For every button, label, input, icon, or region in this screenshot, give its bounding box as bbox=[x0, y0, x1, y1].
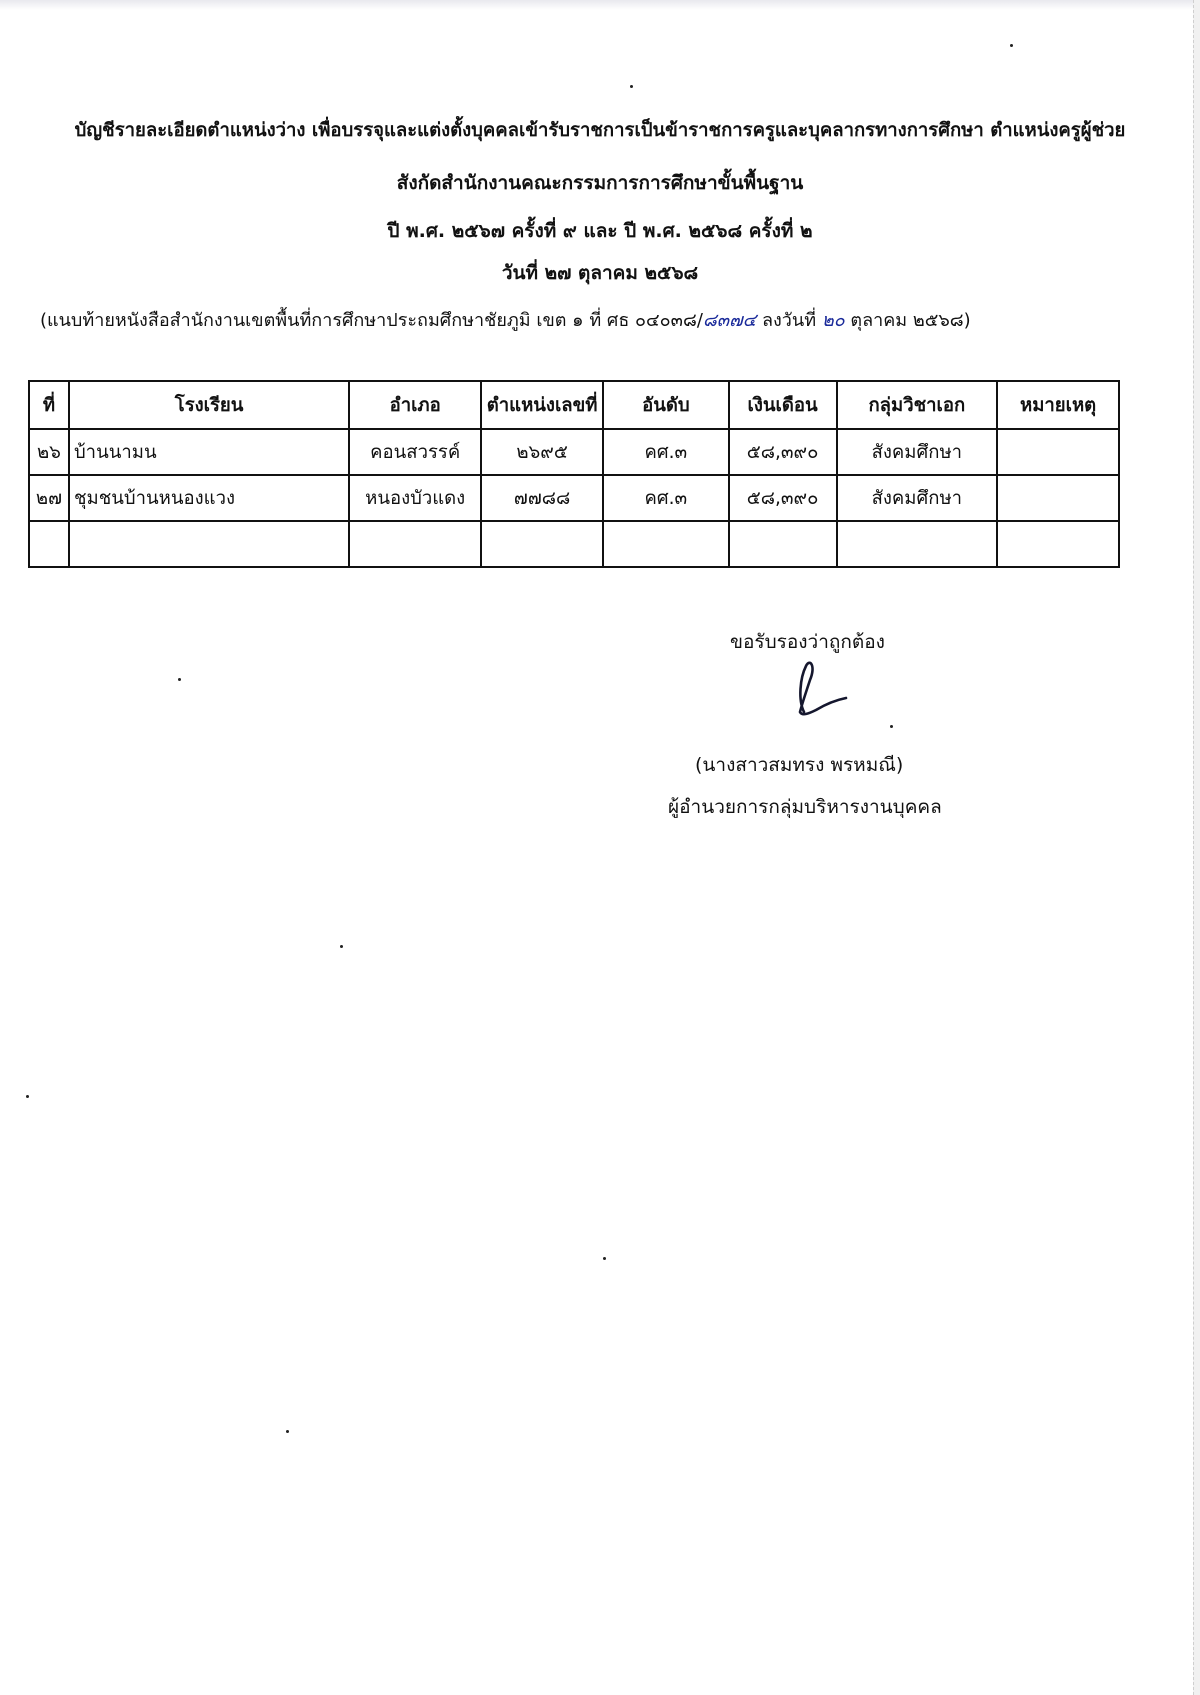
table-row-empty bbox=[29, 521, 1119, 567]
cell-district bbox=[349, 521, 481, 567]
cell-note bbox=[997, 475, 1119, 521]
scan-speck bbox=[1010, 44, 1013, 47]
scan-edge-top bbox=[0, 0, 1200, 10]
cell-salary: ๕๘,๓๙๐ bbox=[729, 429, 837, 475]
cell-salary: ๕๘,๓๙๐ bbox=[729, 475, 837, 521]
cell-district: หนองบัวแดง bbox=[349, 475, 481, 521]
scan-speck bbox=[630, 85, 633, 88]
reference-middle: ลงวันที่ bbox=[756, 310, 822, 331]
cell-note bbox=[997, 429, 1119, 475]
cell-district: คอนสวรรค์ bbox=[349, 429, 481, 475]
cell-major bbox=[837, 521, 998, 567]
cell-rank bbox=[603, 521, 729, 567]
scan-speck bbox=[178, 678, 181, 681]
signer-title: ผู้อำนวยการกลุ่มบริหารงานบุคคล bbox=[668, 792, 942, 822]
cell-no: ๒๖ bbox=[29, 429, 69, 475]
document-subtitle-round: ปี พ.ศ. ๒๕๖๗ ครั้งที่ ๙ และ ปี พ.ศ. ๒๕๖๘… bbox=[0, 216, 1200, 246]
cell-rank: คศ.๓ bbox=[603, 429, 729, 475]
header-district: อำเภอ bbox=[349, 381, 481, 429]
handwritten-day: ๒๐ bbox=[822, 310, 845, 331]
scan-speck bbox=[26, 1095, 29, 1098]
header-school: โรงเรียน bbox=[69, 381, 349, 429]
table-header-row: ที่ โรงเรียน อำเภอ ตำแหน่งเลขที่ อันดับ … bbox=[29, 381, 1119, 429]
cell-position-no: ๒๖๙๕ bbox=[481, 429, 603, 475]
cell-position-no: ๗๗๘๘ bbox=[481, 475, 603, 521]
cell-school: บ้านนามน bbox=[69, 429, 349, 475]
scan-speck bbox=[286, 1430, 289, 1433]
cell-rank: คศ.๓ bbox=[603, 475, 729, 521]
certification-statement: ขอรับรองว่าถูกต้อง bbox=[730, 627, 885, 657]
table-row: ๒๖ บ้านนามน คอนสวรรค์ ๒๖๙๕ คศ.๓ ๕๘,๓๙๐ ส… bbox=[29, 429, 1119, 475]
reference-line: (แนบท้ายหนังสือสำนักงานเขตพื้นที่การศึกษ… bbox=[40, 305, 971, 334]
header-major: กลุ่มวิชาเอก bbox=[837, 381, 998, 429]
handwritten-document-number: ๘๓๗๔ bbox=[703, 310, 756, 331]
cell-no: ๒๗ bbox=[29, 475, 69, 521]
table-row: ๒๗ ชุมชนบ้านหนองแวง หนองบัวแดง ๗๗๘๘ คศ.๓… bbox=[29, 475, 1119, 521]
cell-salary bbox=[729, 521, 837, 567]
document-date: วันที่ ๒๗ ตุลาคม ๒๕๖๘ bbox=[0, 258, 1200, 288]
reference-prefix: (แนบท้ายหนังสือสำนักงานเขตพื้นที่การศึกษ… bbox=[40, 310, 703, 331]
document-title: บัญชีรายละเอียดตำแหน่งว่าง เพื่อบรรจุและ… bbox=[0, 116, 1200, 145]
header-salary: เงินเดือน bbox=[729, 381, 837, 429]
document-subtitle-agency: สังกัดสำนักงานคณะกรรมการการศึกษาขั้นพื้น… bbox=[0, 168, 1200, 198]
cell-major: สังคมศึกษา bbox=[837, 429, 998, 475]
cell-school bbox=[69, 521, 349, 567]
signature-mark bbox=[790, 660, 860, 720]
cell-school: ชุมชนบ้านหนองแวง bbox=[69, 475, 349, 521]
signer-name: (นางสาวสมทรง พรหมณี) bbox=[695, 750, 903, 780]
vacancy-table: ที่ โรงเรียน อำเภอ ตำแหน่งเลขที่ อันดับ … bbox=[28, 380, 1120, 568]
reference-suffix: ตุลาคม ๒๕๖๘) bbox=[845, 310, 971, 331]
header-rank: อันดับ bbox=[603, 381, 729, 429]
cell-major: สังคมศึกษา bbox=[837, 475, 998, 521]
scan-speck bbox=[890, 725, 893, 728]
header-position-no: ตำแหน่งเลขที่ bbox=[481, 381, 603, 429]
cell-position-no bbox=[481, 521, 603, 567]
scan-speck bbox=[340, 945, 343, 948]
cell-no bbox=[29, 521, 69, 567]
header-no: ที่ bbox=[29, 381, 69, 429]
cell-note bbox=[997, 521, 1119, 567]
scan-edge-right bbox=[1193, 0, 1200, 1695]
header-note: หมายเหตุ bbox=[997, 381, 1119, 429]
scan-speck bbox=[603, 1257, 606, 1260]
